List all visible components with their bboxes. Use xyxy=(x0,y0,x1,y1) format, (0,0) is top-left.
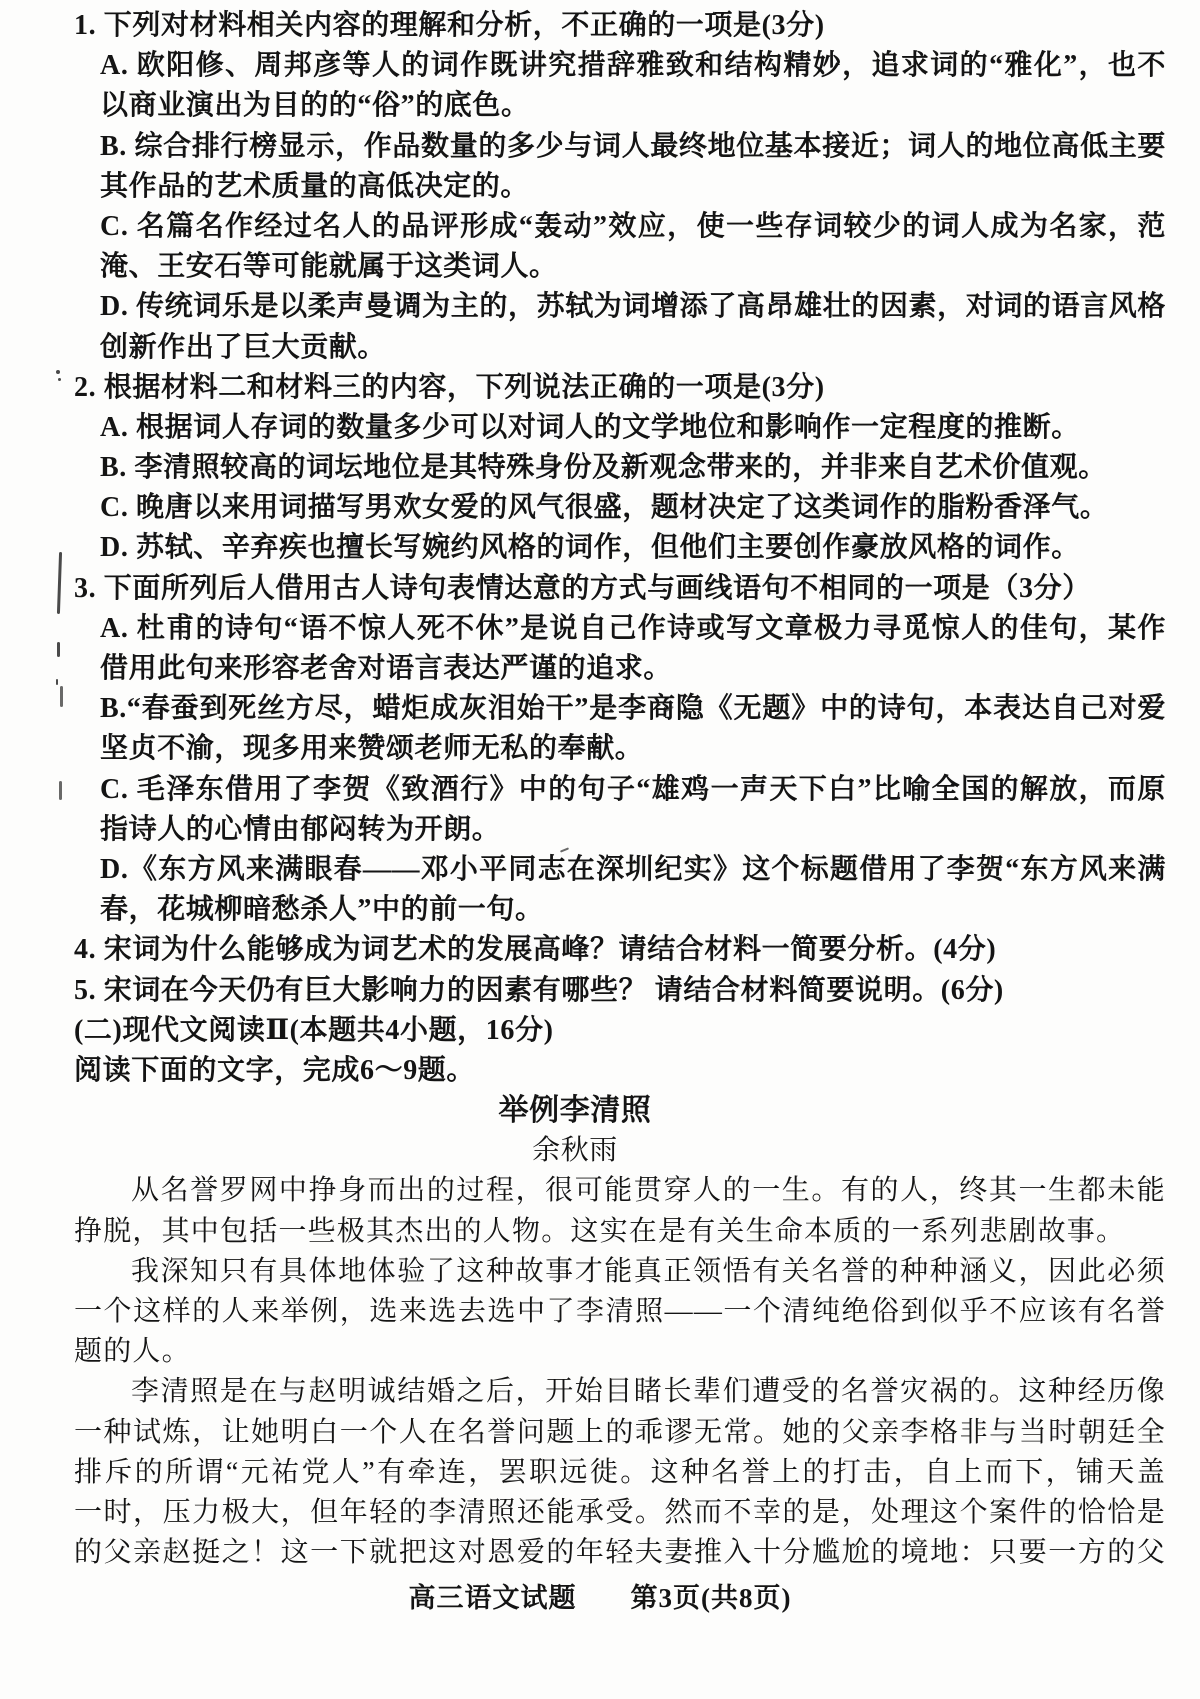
option-line: 其作品的艺术质量的高低决定的。 xyxy=(74,167,1166,207)
scan-artifact xyxy=(57,552,62,614)
essay-paragraph-first-line: 从名誉罗网中挣身而出的过程，很可能贯穿人的一生。有的人，终其一生都未能全然 xyxy=(74,1171,1166,1211)
essay-line: 一种试炼，让她明白一个人在名誉问题上的乖谬无常。她的父亲李格非与当时朝廷全力 xyxy=(74,1413,1166,1453)
option-line: 指诗人的心情由郁闷转为开朗。 xyxy=(74,810,1166,850)
option-line: D.《东方风来满眼春——邓小平同志在深圳纪实》这个标题借用了李贺“东方风来满眼 xyxy=(74,850,1166,890)
footer-page-number: 第3页(共8页) xyxy=(631,1576,792,1615)
scan-artifact xyxy=(60,686,63,707)
option-line: 春，花城柳暗愁杀人”中的前一句。 xyxy=(74,890,1166,930)
essay-line: 的父亲赵挺之！这一下就把这对恩爱的年轻夫妻推入十分尴尬的境地：只要一方的父亲 xyxy=(74,1533,1166,1573)
essay-line: 题的人。 xyxy=(74,1332,1166,1372)
scan-artifact xyxy=(57,642,60,657)
page-footer: 高三语文试题第3页(共8页) xyxy=(0,1576,1200,1615)
option-line: C. 晚唐以来用词描写男欢女爱的风气很盛，题材决定了这类词作的脂粉香泽气。 xyxy=(74,488,1166,528)
question-line: 3. 下面所列后人借用古人诗句表情达意的方式与画线语句不相同的一项是（3分） xyxy=(74,569,1166,609)
scan-artifact xyxy=(59,781,62,800)
scan-artifact xyxy=(56,679,58,685)
question-line: 1. 下列对材料相关内容的理解和分析，不正确的一项是(3分) xyxy=(74,6,1166,46)
document-text-column: 1. 下列对材料相关内容的理解和分析，不正确的一项是(3分)A. 欧阳修、周邦彦… xyxy=(74,6,1166,1573)
option-line: A. 杜甫的诗句“语不惊人死不休”是说自己作诗或写文章极力寻觅惊人的佳句，某作者 xyxy=(74,609,1166,649)
scan-artifact xyxy=(58,378,61,381)
option-line: A. 欧阳修、周邦彦等人的词作既讲究措辞雅致和结构精妙，追求词的“雅化”，也不放… xyxy=(74,46,1166,86)
scan-artifact xyxy=(56,370,60,374)
option-line: D. 传统词乐是以柔声曼调为主的，苏轼为词增添了高昂雄壮的因素，对词的语言风格的 xyxy=(74,287,1166,327)
question-line: 5. 宋词在今天仍有巨大影响力的因素有哪些？ 请结合材料简要说明。(6分) xyxy=(74,971,1166,1011)
question-line: 阅读下面的文字，完成6～9题。 xyxy=(74,1051,1166,1091)
essay-line: 一时，压力极大，但年轻的李清照还能承受。然而不幸的是，处理这个案件的恰恰是丈夫 xyxy=(74,1493,1166,1533)
option-line: B. 李清照较高的词坛地位是其特殊身份及新观念带来的，并非来自艺术价值观。 xyxy=(74,448,1166,488)
option-line: B. 综合排行榜显示，作品数量的多少与词人最终地位基本接近；词人的地位高低主要由 xyxy=(74,127,1166,167)
question-line: (二)现代文阅读Ⅱ(本题共4小题，16分) xyxy=(74,1011,1166,1051)
option-line: C. 名篇名作经过名人的品评形成“轰动”效应，使一些存词较少的词人成为名家，范仲 xyxy=(74,207,1166,247)
option-line: D. 苏轼、辛弃疾也擅长写婉约风格的词作，但他们主要创作豪放风格的词作。 xyxy=(74,528,1166,568)
question-line: 2. 根据材料二和材料三的内容，下列说法正确的一项是(3分) xyxy=(74,368,1166,408)
essay-line: 挣脱，其中包括一些极其杰出的人物。这实在是有关生命本质的一系列悲剧故事。 xyxy=(74,1212,1166,1252)
essay-author: 余秋雨 xyxy=(29,1131,1121,1171)
option-line: B.“春蚕到死丝方尽，蜡炬成灰泪始干”是李商隐《无题》中的诗句，本表达自己对爱情… xyxy=(74,689,1166,729)
essay-line: 排斥的所谓“元祐党人”有牵连，罢职远徙。这种名誉上的打击，自上而下，铺天盖地，轰… xyxy=(74,1453,1166,1493)
question-line: 4. 宋词为什么能够成为词艺术的发展高峰？请结合材料一简要分析。(4分) xyxy=(74,930,1166,970)
exam-page: 1. 下列对材料相关内容的理解和分析，不正确的一项是(3分)A. 欧阳修、周邦彦… xyxy=(0,0,1200,1699)
option-line: 淹、王安石等可能就属于这类词人。 xyxy=(74,247,1166,287)
essay-paragraph-first-line: 李清照是在与赵明诚结婚之后，开始目睹长辈们遭受的名誉灾祸的。这种经历像是 xyxy=(74,1372,1166,1412)
essay-line: 一个这样的人来举例，选来选去选中了李清照——一个清纯绝俗到似乎不应该有名誉问 xyxy=(74,1292,1166,1332)
option-line: A. 根据词人存词的数量多少可以对词人的文学地位和影响作一定程度的推断。 xyxy=(74,408,1166,448)
option-line: 以商业演出为目的的“俗”的底色。 xyxy=(74,86,1166,126)
option-line: 借用此句来形容老舍对语言表达严谨的追求。 xyxy=(74,649,1166,689)
option-line: C. 毛泽东借用了李贺《致酒行》中的句子“雄鸡一声天下白”比喻全国的解放，而原句… xyxy=(74,770,1166,810)
option-line: 坚贞不渝，现多用来赞颂老师无私的奉献。 xyxy=(74,729,1166,769)
essay-paragraph-first-line: 我深知只有具体地体验了这种故事才能真正领悟有关名誉的种种涵义，因此必须选 xyxy=(74,1252,1166,1292)
option-line: 创新作出了巨大贡献。 xyxy=(74,328,1166,368)
essay-title: 举例李清照 xyxy=(29,1091,1121,1131)
footer-exam-title: 高三语文试题 xyxy=(409,1576,577,1615)
